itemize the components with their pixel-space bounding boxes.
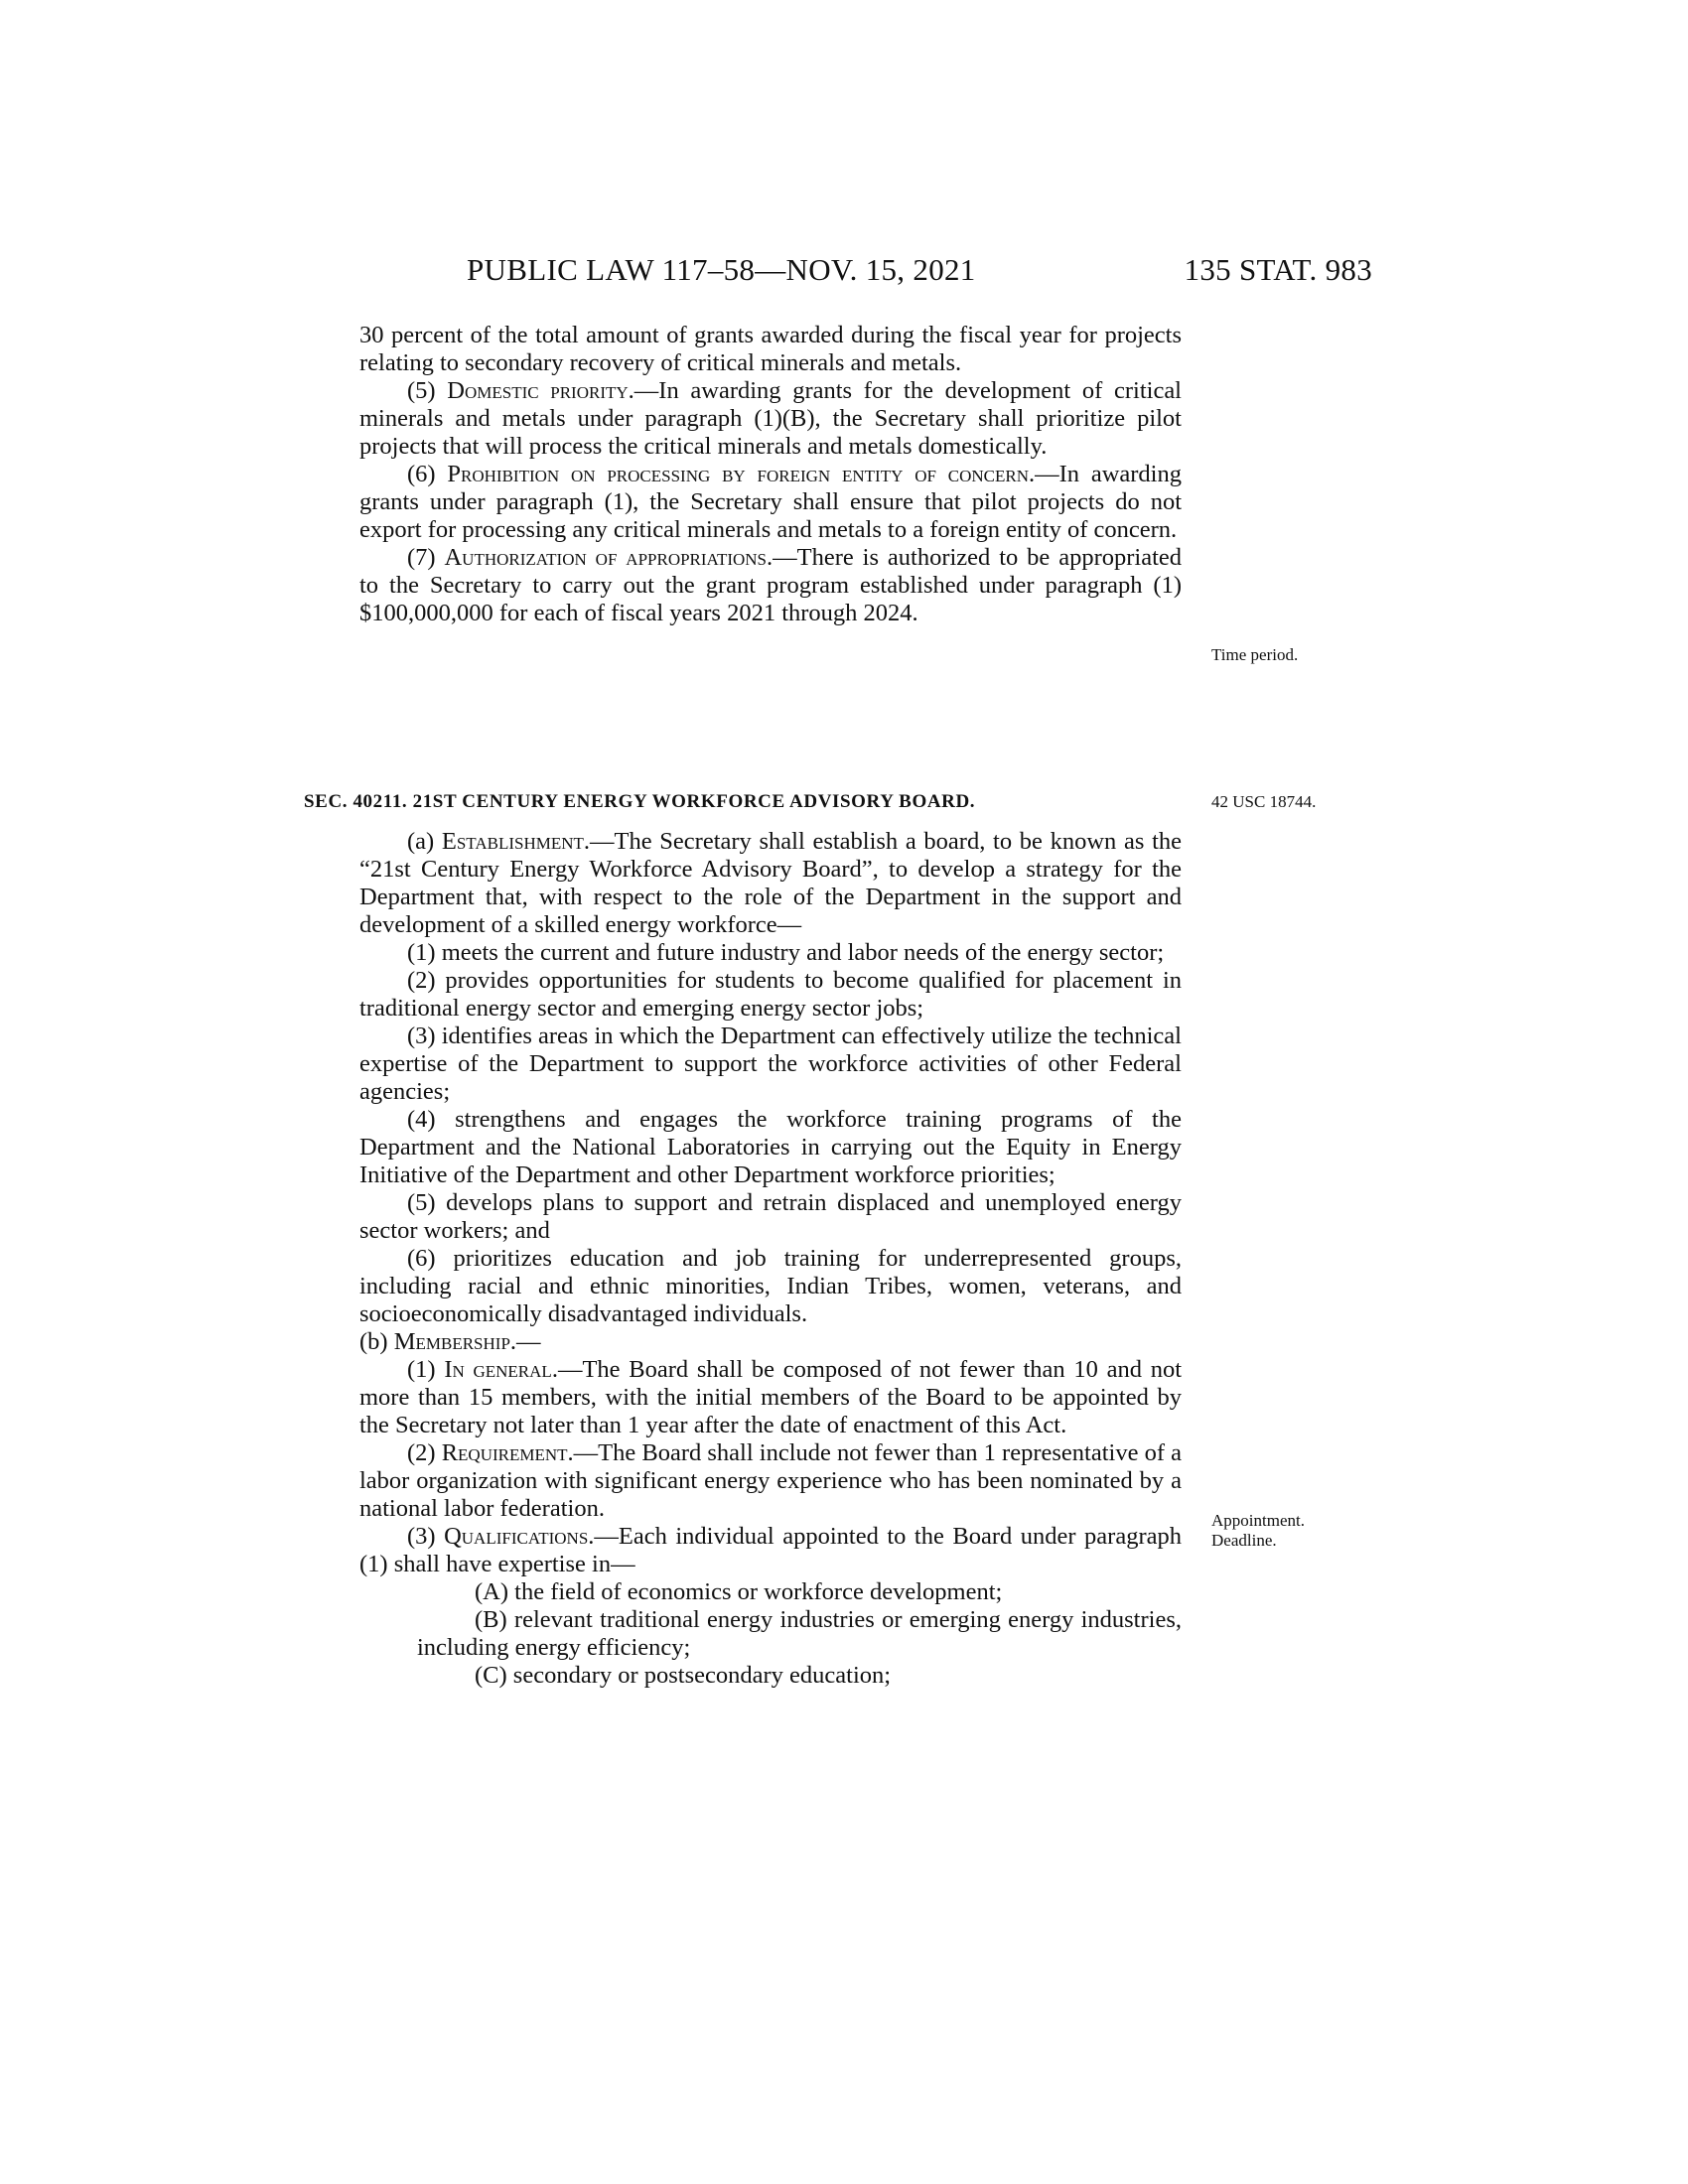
list-item: (6) prioritizes education and job traini… [359, 1245, 1182, 1328]
paragraph-heading: In general [444, 1356, 552, 1383]
paragraph-b1-in-general: (1) In general.—The Board shall be compo… [359, 1356, 1182, 1439]
list-item: (B) relevant traditional energy industri… [359, 1606, 1182, 1662]
margin-note-time-period: Time period. [1211, 645, 1298, 665]
subsection-b-membership: (b) Membership.— [359, 1328, 1182, 1356]
margin-note-appointment: Appointment. [1211, 1511, 1305, 1531]
section-heading: SEC. 40211. 21ST CENTURY ENERGY WORKFORC… [304, 788, 1182, 816]
body-block-section-40211: (a) Establishment.—The Secretary shall e… [359, 828, 1182, 1690]
margin-note-deadline: Deadline. [1211, 1531, 1277, 1551]
margin-note-usc-citation: 42 USC 18744. [1211, 792, 1316, 812]
subsection-heading: Establishment [442, 828, 584, 855]
paragraph-heading: Qualifications [444, 1523, 588, 1550]
paragraph-heading: Domestic priority [447, 377, 628, 404]
subsection-a-establishment: (a) Establishment.—The Secretary shall e… [359, 828, 1182, 939]
paragraph-heading: Authorization of appropriations [444, 544, 767, 571]
list-item: (2) provides opportunities for students … [359, 967, 1182, 1023]
list-item: (3) identifies areas in which the Depart… [359, 1023, 1182, 1106]
list-item: (1) meets the current and future industr… [359, 939, 1182, 967]
paragraph-7-authorization: (7) Authorization of appropriations.—The… [359, 544, 1182, 627]
body-block-continuation: 30 percent of the total amount of grants… [359, 322, 1182, 627]
list-item: (4) strengthens and engages the workforc… [359, 1106, 1182, 1189]
paragraph-heading: Prohibition on processing by foreign ent… [447, 461, 1029, 487]
paragraph-b3-qualifications: (3) Qualifications.—Each individual appo… [359, 1523, 1182, 1578]
paragraph-heading: Requirement [442, 1439, 568, 1466]
page-header: PUBLIC LAW 117–58—NOV. 15, 2021 135 STAT… [467, 248, 1372, 292]
subsection-heading: Membership [394, 1328, 510, 1355]
paragraph-b2-requirement: (2) Requirement.—The Board shall include… [359, 1439, 1182, 1523]
statute-page-number: 135 STAT. 983 [1185, 248, 1372, 292]
list-item: (A) the field of economics or workforce … [359, 1578, 1182, 1606]
running-head-title: PUBLIC LAW 117–58—NOV. 15, 2021 [467, 248, 976, 292]
list-item: (5) develops plans to support and retrai… [359, 1189, 1182, 1245]
list-item: (C) secondary or postsecondary education… [359, 1662, 1182, 1690]
paragraph-6-prohibition: (6) Prohibition on processing by foreign… [359, 461, 1182, 544]
paragraph-continuation: 30 percent of the total amount of grants… [359, 322, 1182, 377]
paragraph-5-domestic-priority: (5) Domestic priority.—In awarding grant… [359, 377, 1182, 461]
